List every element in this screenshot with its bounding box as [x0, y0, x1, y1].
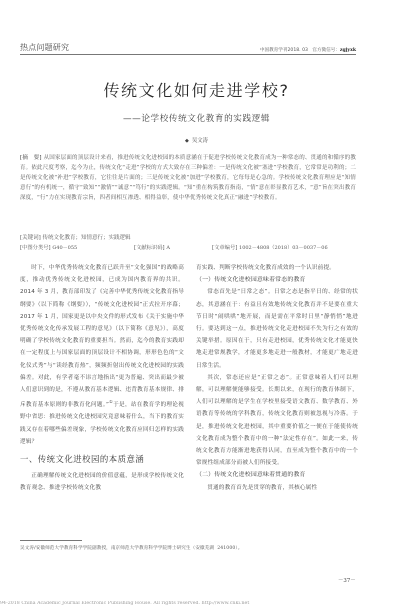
subsection-heading: （二）传统文化进校园意味着贯通的教育: [196, 469, 358, 481]
footnote-text: 吴文涛/安徽师范大学教育科学学院副教授，南京师范大学教育科学学院博士研究生（安徽…: [20, 546, 214, 551]
page-number: －37－: [338, 576, 356, 584]
left-column: 时下，中华优秀传统文化教育已跃升至“文化强国”的战略高度，推动优秀传统文化进校园…: [20, 262, 184, 494]
running-header: 热点问题研究 中国教育学刊2018. 03 官方微信号：zgjyxk: [20, 44, 356, 55]
footnote-divider: [20, 540, 82, 541]
author-footnote: 吴文涛/安徽师范大学教育科学学院副教授，南京师范大学教育科学学院博士研究生（安徽…: [20, 545, 242, 551]
paragraph: 常态首先是“日常之态”。日常之态是指平日的、经常的状态，其意涵在于：有益且有效地…: [196, 286, 358, 371]
paragraph-text: 于是，站在教育学的理论视野中省思：推进传统文化进校园究竟意味着什么，当下的教育实…: [20, 402, 184, 445]
author-name: 吴文涛: [192, 138, 208, 144]
section-heading: 一、传统文化进校园的本质意涵: [20, 453, 184, 466]
author-line: ◆吴文涛: [0, 136, 393, 144]
clc-value: G40－055: [52, 245, 77, 251]
wechat-id: zgjyxk: [340, 48, 356, 53]
article-title: 传统文化如何走进学校?: [0, 78, 393, 101]
abstract-text: 从国家层面的顶层设计来看，推进传统文化进校园的本质意涵在于促进学校传统文化教育成…: [20, 155, 356, 201]
journal-info: 中国教育学刊2018. 03 官方微信号：zgjyxk: [260, 47, 356, 53]
keywords-line: [关键词] 传统文化教育；知情意行；实践逻辑: [20, 233, 131, 241]
doc-code-field: [文献标识码] A: [134, 243, 170, 251]
diamond-icon: ◆: [185, 138, 189, 144]
abstract: [摘 要] 从国家层面的顶层设计来看，推进传统文化进校园的本质意涵在于促进学校传…: [20, 153, 356, 203]
article-no-value: 1002－4808（2018）03－0037－06: [239, 245, 328, 251]
keywords: 传统文化教育；知情意行；实践逻辑: [43, 235, 131, 241]
article-no-label: [文章编号]: [212, 245, 237, 251]
clc-field: [中图分类号] G40－055: [20, 243, 77, 251]
wechat-label: 官方微信号：: [312, 48, 340, 53]
right-column: 育实践、判断学校传统文化教育成效的一个认识前提。 （一）传统文化进校园意味着常态…: [196, 262, 358, 494]
copyright-notice: 94-2018 China Academic Journal Electroni…: [0, 601, 393, 606]
paragraph: 正确理解传统文化进校园的价值意蕴，是形成学校传统文化教育观念、推进学校传统文化教: [20, 470, 184, 494]
article-no-field: [文章编号] 1002－4808（2018）03－0037－06: [212, 243, 328, 251]
paragraph: 其次，常态还应是“正常之态”。正常意味着人们可以理解，可以理解便能够接受。长期以…: [196, 372, 358, 470]
abstract-label: [摘 要]: [20, 155, 42, 161]
paragraph-text: 时下，中华优秀传统文化教育已跃升至“文化强国”的战略高度，推动优秀传统文化进校园…: [20, 265, 184, 408]
doc-code-value: A: [166, 245, 170, 251]
section-name: 热点问题研究: [20, 42, 69, 53]
paragraph: 育实践、判断学校传统文化教育成效的一个认识前提。: [196, 262, 358, 274]
doc-code-label: [文献标识码]: [134, 245, 165, 251]
keywords-label: [关键词]: [20, 235, 41, 241]
footnote-postcode: 241000）。: [217, 546, 242, 551]
journal-page: 热点问题研究 中国教育学刊2018. 03 官方微信号：zgjyxk 传统文化如…: [0, 0, 393, 614]
paragraph: 贯通的教育首先是贯穿的教育，其核心属性: [196, 482, 358, 494]
article-subtitle: ——论学校传统文化教育的实践逻辑: [0, 112, 393, 124]
journal-issue: 中国教育学刊2018. 03: [260, 48, 308, 53]
clc-label: [中图分类号]: [20, 245, 51, 251]
subsection-heading: （一）传统文化进校园意味着常态的教育: [196, 274, 358, 286]
paragraph: 时下，中华优秀传统文化教育已跃升至“文化强国”的战略高度，推动优秀传统文化进校园…: [20, 262, 184, 448]
